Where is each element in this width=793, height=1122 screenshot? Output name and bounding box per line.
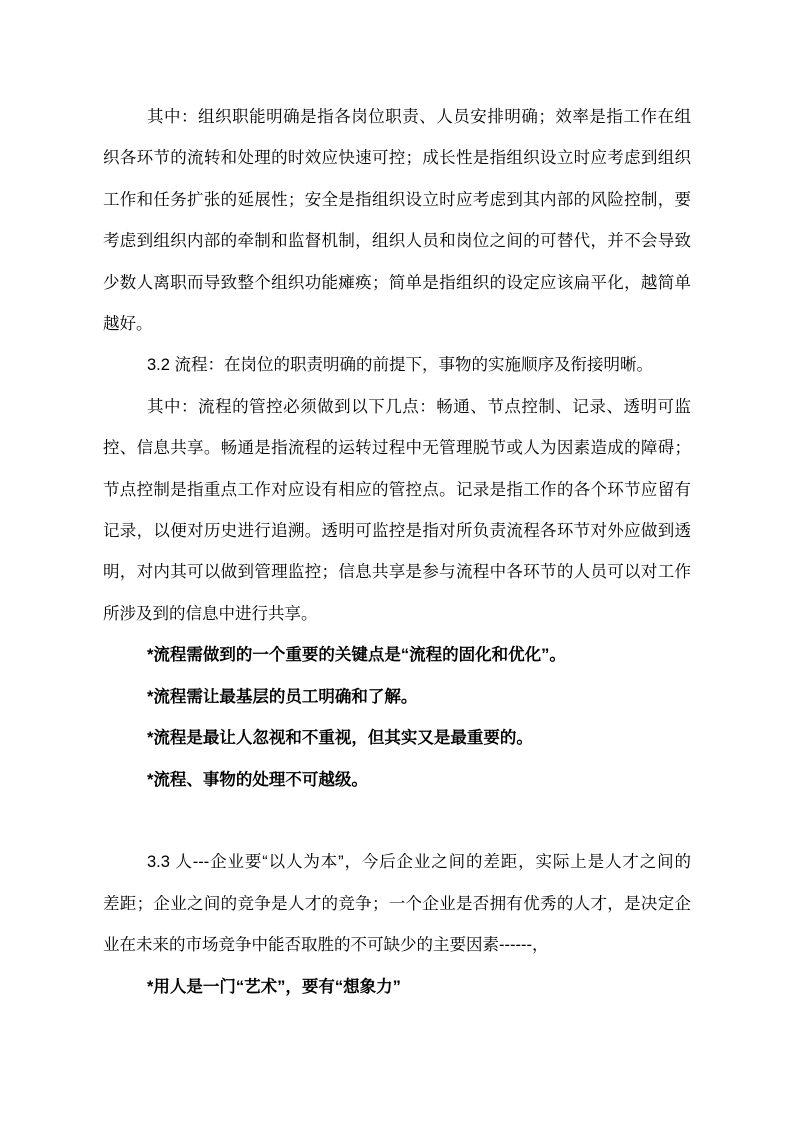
org-criteria-line-3: 工作和任务扩张的延展性；安全是指组织设立时应考虑到其内部的风险控制，要 [103,180,691,221]
section-3-3-line-3: 业在未来的市场竞争中能否取胜的不可缺少的主要因素------， [103,925,691,966]
process-control-line-4: 记录，以便对历史进行追溯。透明可监控是指对所负责流程各环节对外应做到透 [103,511,691,552]
people-note-1: *用人是一门“艺术”，要有“想象力” [103,967,691,1008]
org-criteria-line-1: 其中：组织职能明确是指各岗位职责、人员安排明确；效率是指工作在组 [103,97,691,138]
process-control-line-6: 所涉及到的信息中进行共享。 [103,594,691,635]
page-content: 其中：组织职能明确是指各岗位职责、人员安排明确；效率是指工作在组 织各环节的流转… [103,97,691,1008]
blank-line [103,801,691,842]
process-control-line-5: 明，对内其可以做到管理监控；信息共享是参与流程中各环节的人员可以对工作 [103,552,691,593]
section-3-2-heading-line: 3.2 流程：在岗位的职责明确的前提下，事物的实施顺序及衔接明晰。 [103,345,691,386]
org-criteria-line-4: 考虑到组织内部的牵制和监督机制，组织人员和岗位之间的可替代，并不会导致 [103,221,691,262]
section-3-3-line-1: 3.3 人---企业要“以人为本”，今后企业之间的差距，实际上是人才之间的 [103,842,691,883]
process-control-line-1: 其中：流程的管控必须做到以下几点：畅通、节点控制、记录、透明可监 [103,387,691,428]
org-criteria-line-5: 少数人离职而导致整个组织功能瘫痪；简单是指组织的设定应该扁平化，越简单 [103,263,691,304]
process-control-line-3: 节点控制是指重点工作对应设有相应的管控点。记录是指工作的各个环节应留有 [103,470,691,511]
org-criteria-line-2: 织各环节的流转和处理的时效应快速可控；成长性是指组织设立时应考虑到组织 [103,138,691,179]
process-note-3: *流程是最让人忽视和不重视，但其实又是最重要的。 [103,718,691,759]
org-criteria-line-6: 越好。 [103,304,691,345]
process-control-line-2: 控、信息共享。畅通是指流程的运转过程中无管理脱节或人为因素造成的障碍； [103,428,691,469]
process-note-1: *流程需做到的一个重要的关键点是“流程的固化和优化”。 [103,635,691,676]
process-note-4: *流程、事物的处理不可越级。 [103,760,691,801]
document-page: 其中：组织职能明确是指各岗位职责、人员安排明确；效率是指工作在组 织各环节的流转… [0,0,793,1122]
process-note-2: *流程需让最基层的员工明确和了解。 [103,677,691,718]
section-3-3-line-2: 差距；企业之间的竞争是人才的竞争；一个企业是否拥有优秀的人才，是决定企 [103,884,691,925]
